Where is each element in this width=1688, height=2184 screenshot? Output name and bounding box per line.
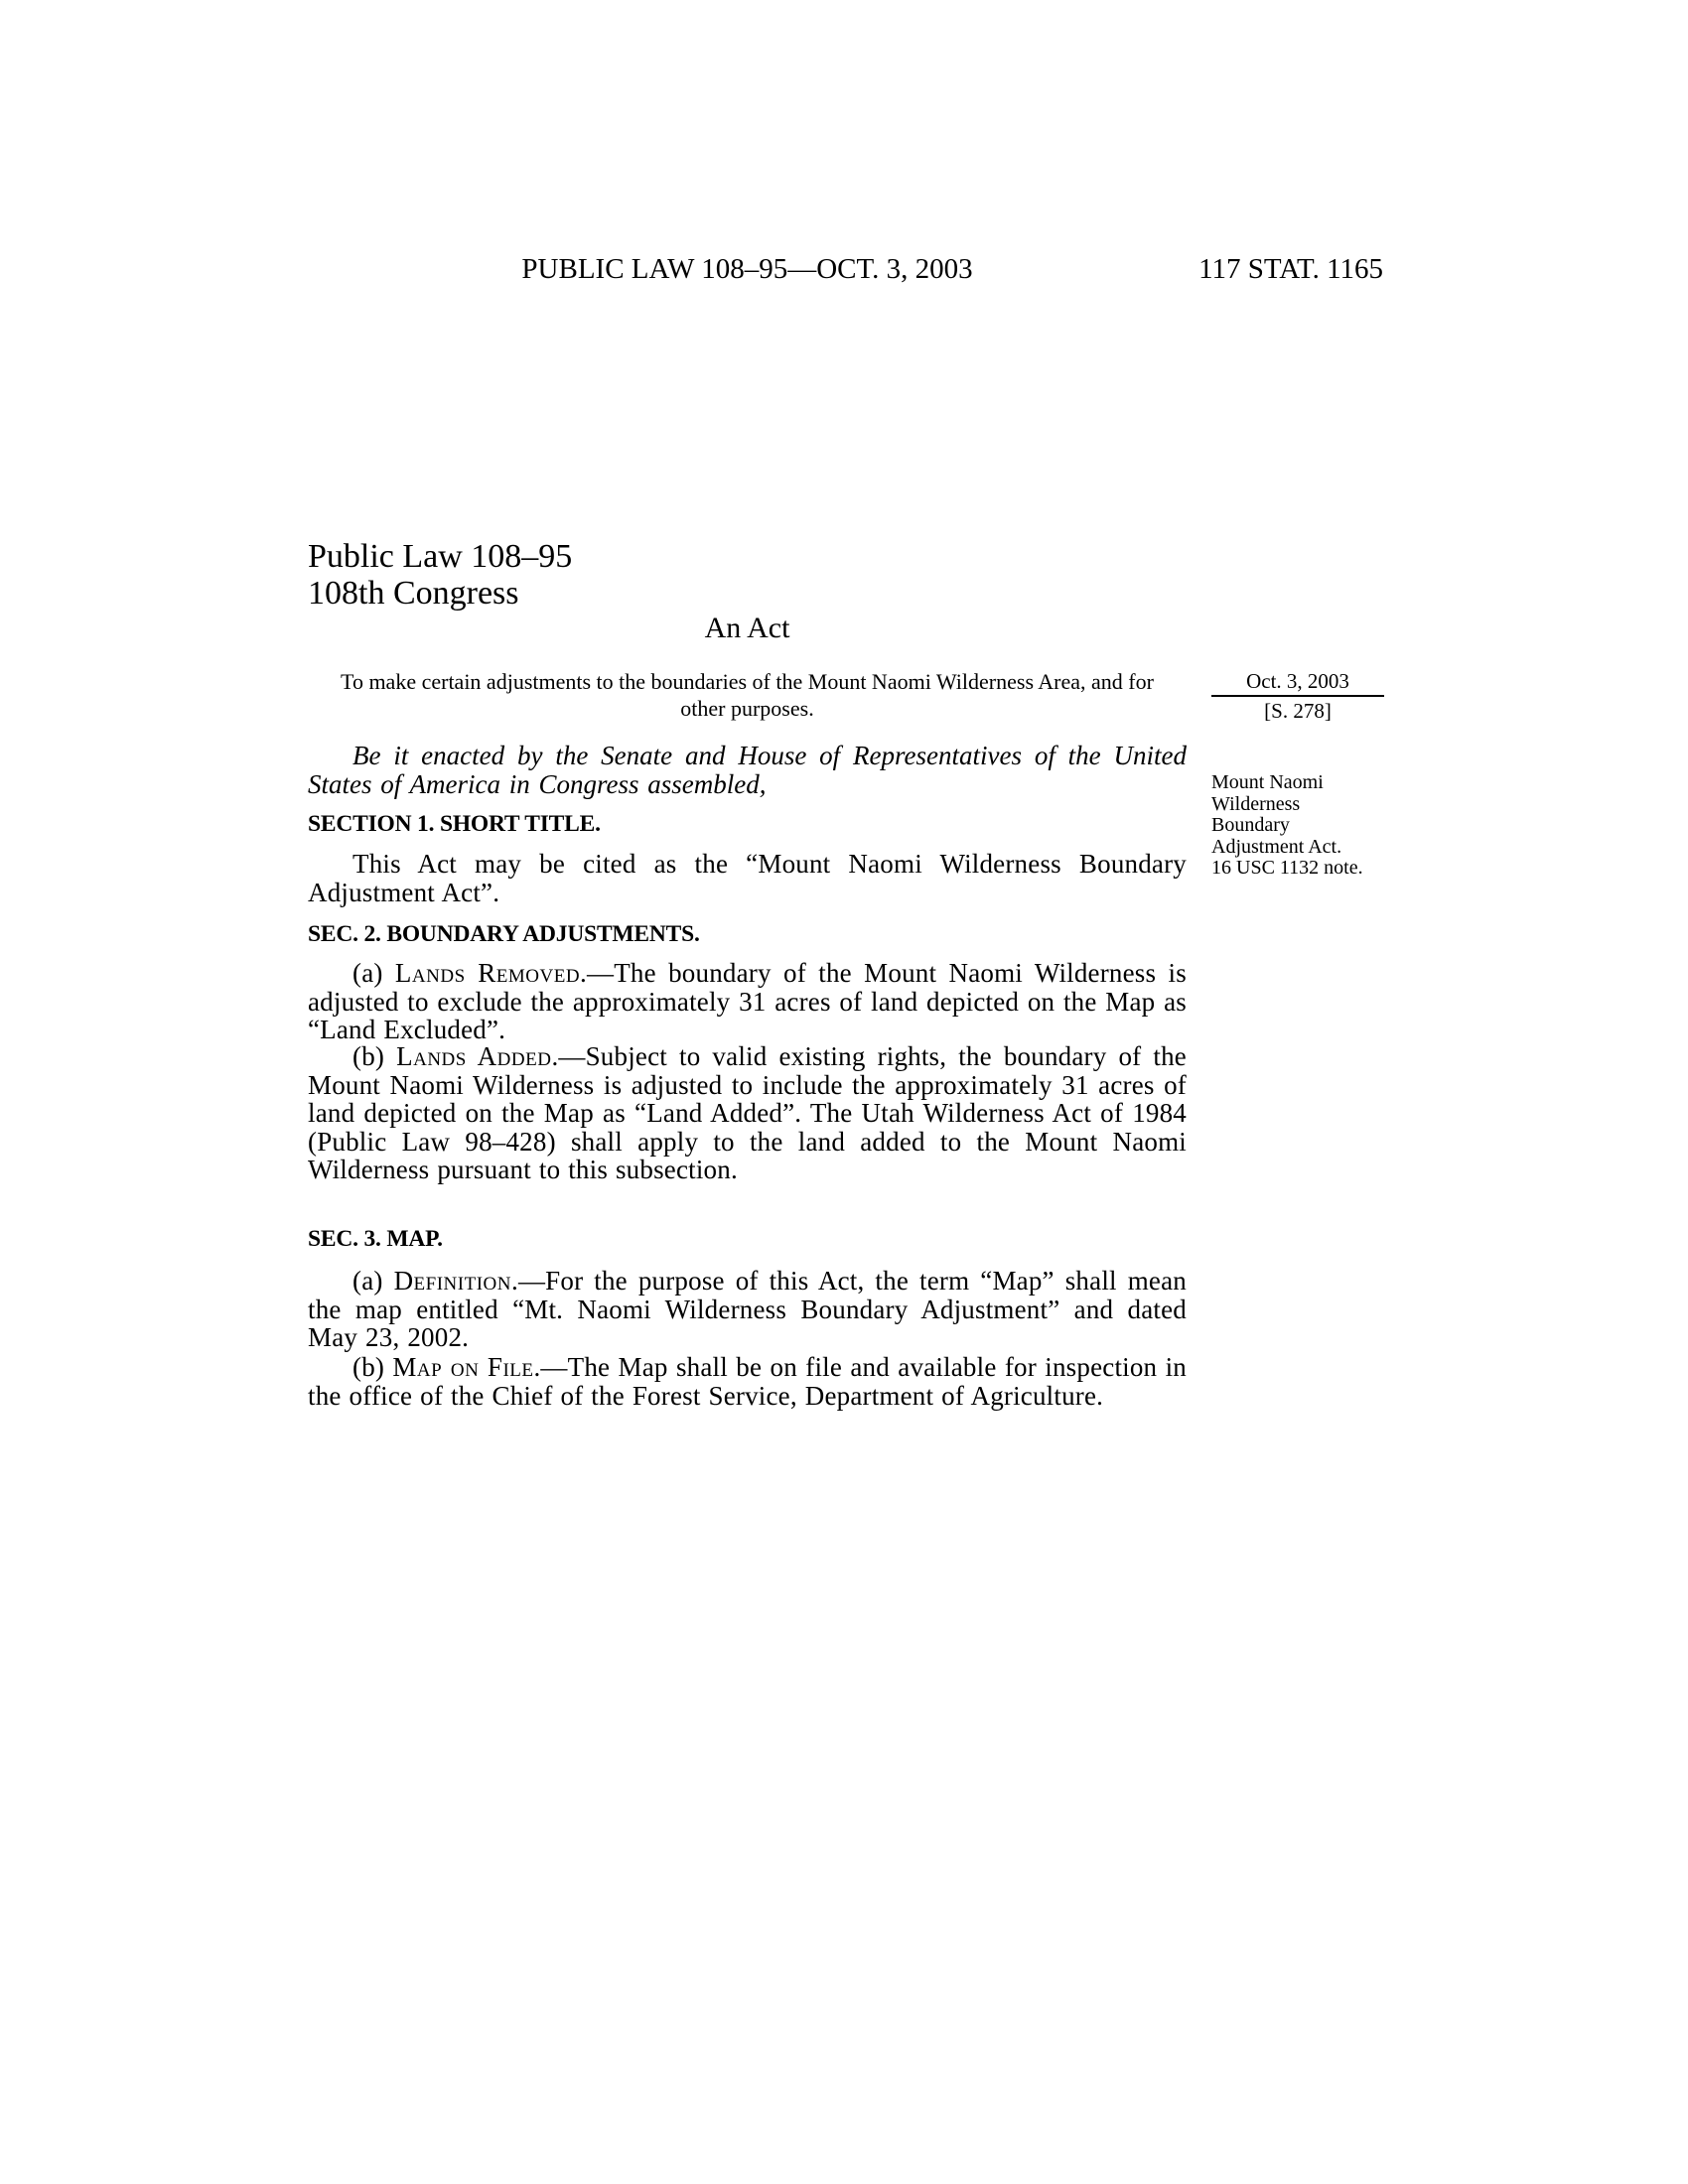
running-header-title: PUBLIC LAW 108–95—OCT. 3, 2003: [308, 254, 1187, 284]
law-title-block: Public Law 108–95 108th Congress: [308, 538, 572, 612]
law-number: Public Law 108–95: [308, 538, 572, 575]
section3-para-a-label: Definition: [394, 1266, 511, 1296]
section1-text: This Act may be cited as the “Mount Naom…: [308, 850, 1187, 906]
short-title-note: Mount Naomi Wilderness Boundary Adjustme…: [1211, 772, 1370, 858]
section3-heading: SEC. 3. MAP.: [308, 1226, 443, 1252]
enacting-clause: Be it enacted by the Senate and House of…: [308, 742, 1187, 799]
bill-number: [S. 278]: [1211, 697, 1384, 723]
section2-para-a-label: Lands Removed: [395, 958, 580, 988]
section3-para-b-label: Map on File: [392, 1352, 533, 1382]
section3-para-b: (b) Map on File.—The Map shall be on fil…: [308, 1353, 1187, 1410]
congress-line: 108th Congress: [308, 575, 572, 612]
enactment-date: Oct. 3, 2003: [1211, 670, 1384, 697]
section2-para-b-label: Lands Added: [396, 1041, 551, 1071]
section2-heading: SEC. 2. BOUNDARY ADJUSTMENTS.: [308, 921, 700, 947]
margin-statutory-notes: Mount Naomi Wilderness Boundary Adjustme…: [1211, 772, 1370, 880]
act-preamble: To make certain adjustments to the bound…: [328, 668, 1167, 722]
section2-para-a-num: (a): [352, 958, 395, 988]
act-heading: An Act: [308, 612, 1187, 645]
margin-date-note: Oct. 3, 2003 [S. 278]: [1211, 670, 1384, 723]
section3-para-b-num: (b): [352, 1352, 392, 1382]
section2-para-a: (a) Lands Removed.—The boundary of the M…: [308, 959, 1187, 1044]
usc-citation-note: 16 USC 1132 note.: [1211, 858, 1370, 880]
statute-page: PUBLIC LAW 108–95—OCT. 3, 2003 117 STAT.…: [0, 0, 1688, 2184]
section3-para-a: (a) Definition.—For the purpose of this …: [308, 1267, 1187, 1352]
section2-para-b-num: (b): [352, 1041, 396, 1071]
section1-heading: SECTION 1. SHORT TITLE.: [308, 811, 601, 837]
section3-para-a-num: (a): [352, 1266, 394, 1296]
running-header-stat-page: 117 STAT. 1165: [1072, 254, 1383, 284]
section2-para-b: (b) Lands Added.—Subject to valid existi…: [308, 1042, 1187, 1184]
